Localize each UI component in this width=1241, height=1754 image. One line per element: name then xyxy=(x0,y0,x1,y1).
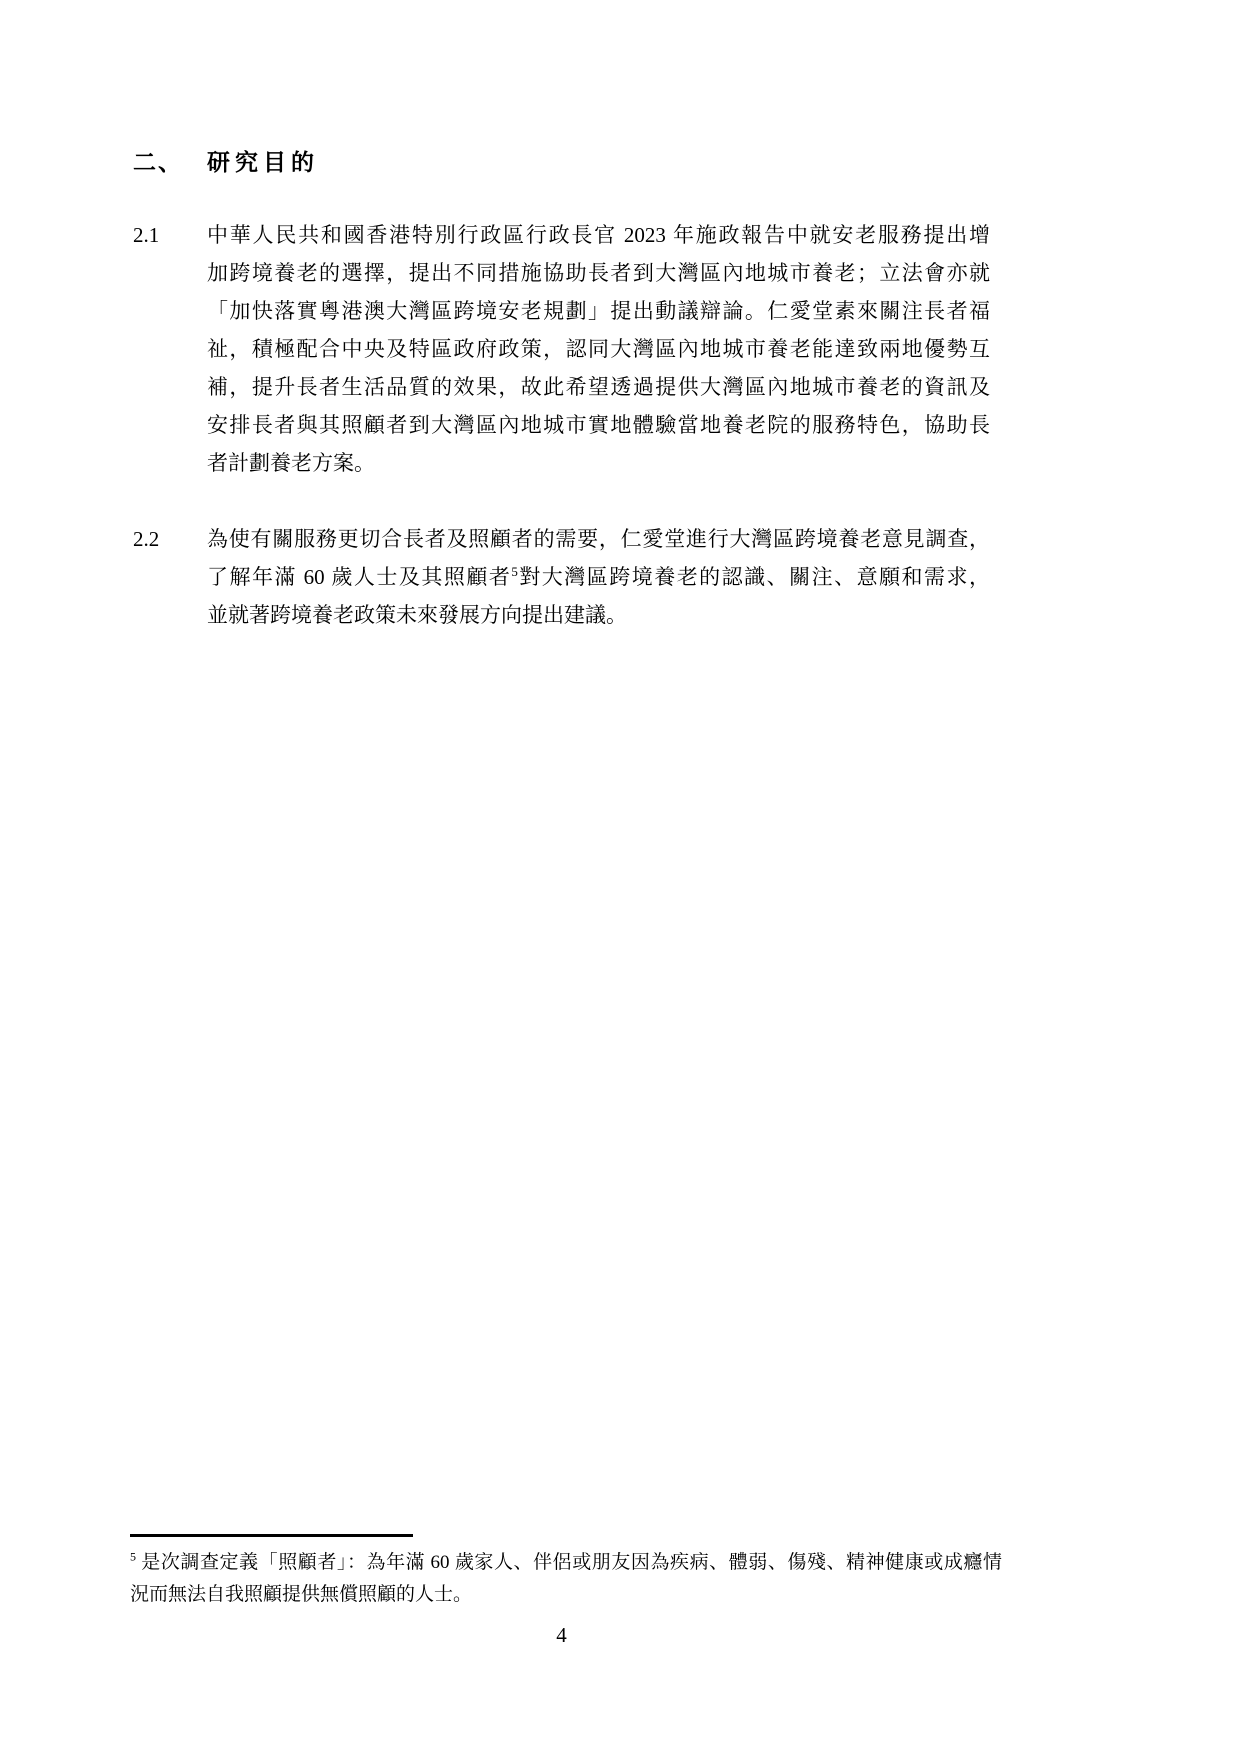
page-number: 4 xyxy=(133,1620,990,1650)
document-page: 二、 研究目的 2.1 中華人民共和國香港特別行政區行政長官 2023 年施政報… xyxy=(0,0,1241,1754)
text-line: 安排長者與其照顧者到大灣區內地城市實地體驗當地養老院的服務特色，協助長 xyxy=(207,406,990,444)
paragraph-number: 2.1 xyxy=(133,216,159,254)
paragraph-number: 2.2 xyxy=(133,520,159,558)
text-segment: 了解年滿 60 歲人士及其照顧者 xyxy=(207,565,511,589)
text-segment: 況而無法自我照顧提供無償照顧的人士。 xyxy=(130,1584,472,1605)
text-line: 祉，積極配合中央及特區政府政策，認同大灣區內地城市養老能達致兩地優勢互 xyxy=(207,330,990,368)
text-line: 中華人民共和國香港特別行政區行政長官 2023 年施政報告中就安老服務提出增 xyxy=(207,216,990,254)
text-line: 了解年滿 60 歲人士及其照顧者5對大灣區跨境養老的認識、關注、意願和需求， xyxy=(207,558,990,596)
text-line: 者計劃養老方案。 xyxy=(207,444,990,482)
paragraph-body: 中華人民共和國香港特別行政區行政長官 2023 年施政報告中就安老服務提出增加跨… xyxy=(207,216,990,482)
text-segment: 為使有關服務更切合長者及照顧者的需要，仁愛堂進行大灣區跨境養老意見調查， xyxy=(207,527,990,551)
text-line: 5 是次調查定義「照顧者」：為年滿 60 歲家人、伴侶或朋友因為疾病、體弱、傷殘… xyxy=(130,1547,1002,1579)
footnote-separator-rule xyxy=(130,1534,413,1537)
text-segment: 並就著跨境養老政策未來發展方向提出建議。 xyxy=(207,603,627,627)
footnote: 5 是次調查定義「照顧者」：為年滿 60 歲家人、伴侶或朋友因為疾病、體弱、傷殘… xyxy=(130,1547,1002,1611)
paragraph-2-1: 2.1 中華人民共和國香港特別行政區行政長官 2023 年施政報告中就安老服務提… xyxy=(133,216,990,482)
text-line: 為使有關服務更切合長者及照顧者的需要，仁愛堂進行大灣區跨境養老意見調查， xyxy=(207,520,990,558)
text-line: 況而無法自我照顧提供無償照顧的人士。 xyxy=(130,1579,1002,1611)
text-line: 補，提升長者生活品質的效果，故此希望透過提供大灣區內地城市養老的資訊及 xyxy=(207,368,990,406)
text-segment: 對大灣區跨境養老的認識、關注、意願和需求， xyxy=(518,565,990,589)
section-title: 研究目的 xyxy=(207,146,319,180)
text-segment: 是次調查定義「照顧者」：為年滿 60 歲家人、伴侶或朋友因為疾病、體弱、傷殘、精… xyxy=(136,1552,1002,1573)
section-number: 二、 xyxy=(133,146,207,180)
text-line: 加跨境養老的選擇，提出不同措施協助長者到大灣區內地城市養老；立法會亦就 xyxy=(207,254,990,292)
text-line: 並就著跨境養老政策未來發展方向提出建議。 xyxy=(207,596,990,634)
text-line: 「加快落實粵港澳大灣區跨境安老規劃」提出動議辯論。仁愛堂素來關注長者福 xyxy=(207,292,990,330)
paragraph-body: 為使有關服務更切合長者及照顧者的需要，仁愛堂進行大灣區跨境養老意見調查， 了解年… xyxy=(207,520,990,634)
section-heading: 二、 研究目的 xyxy=(133,146,993,180)
paragraph-2-2: 2.2 為使有關服務更切合長者及照顧者的需要，仁愛堂進行大灣區跨境養老意見調查，… xyxy=(133,520,990,634)
